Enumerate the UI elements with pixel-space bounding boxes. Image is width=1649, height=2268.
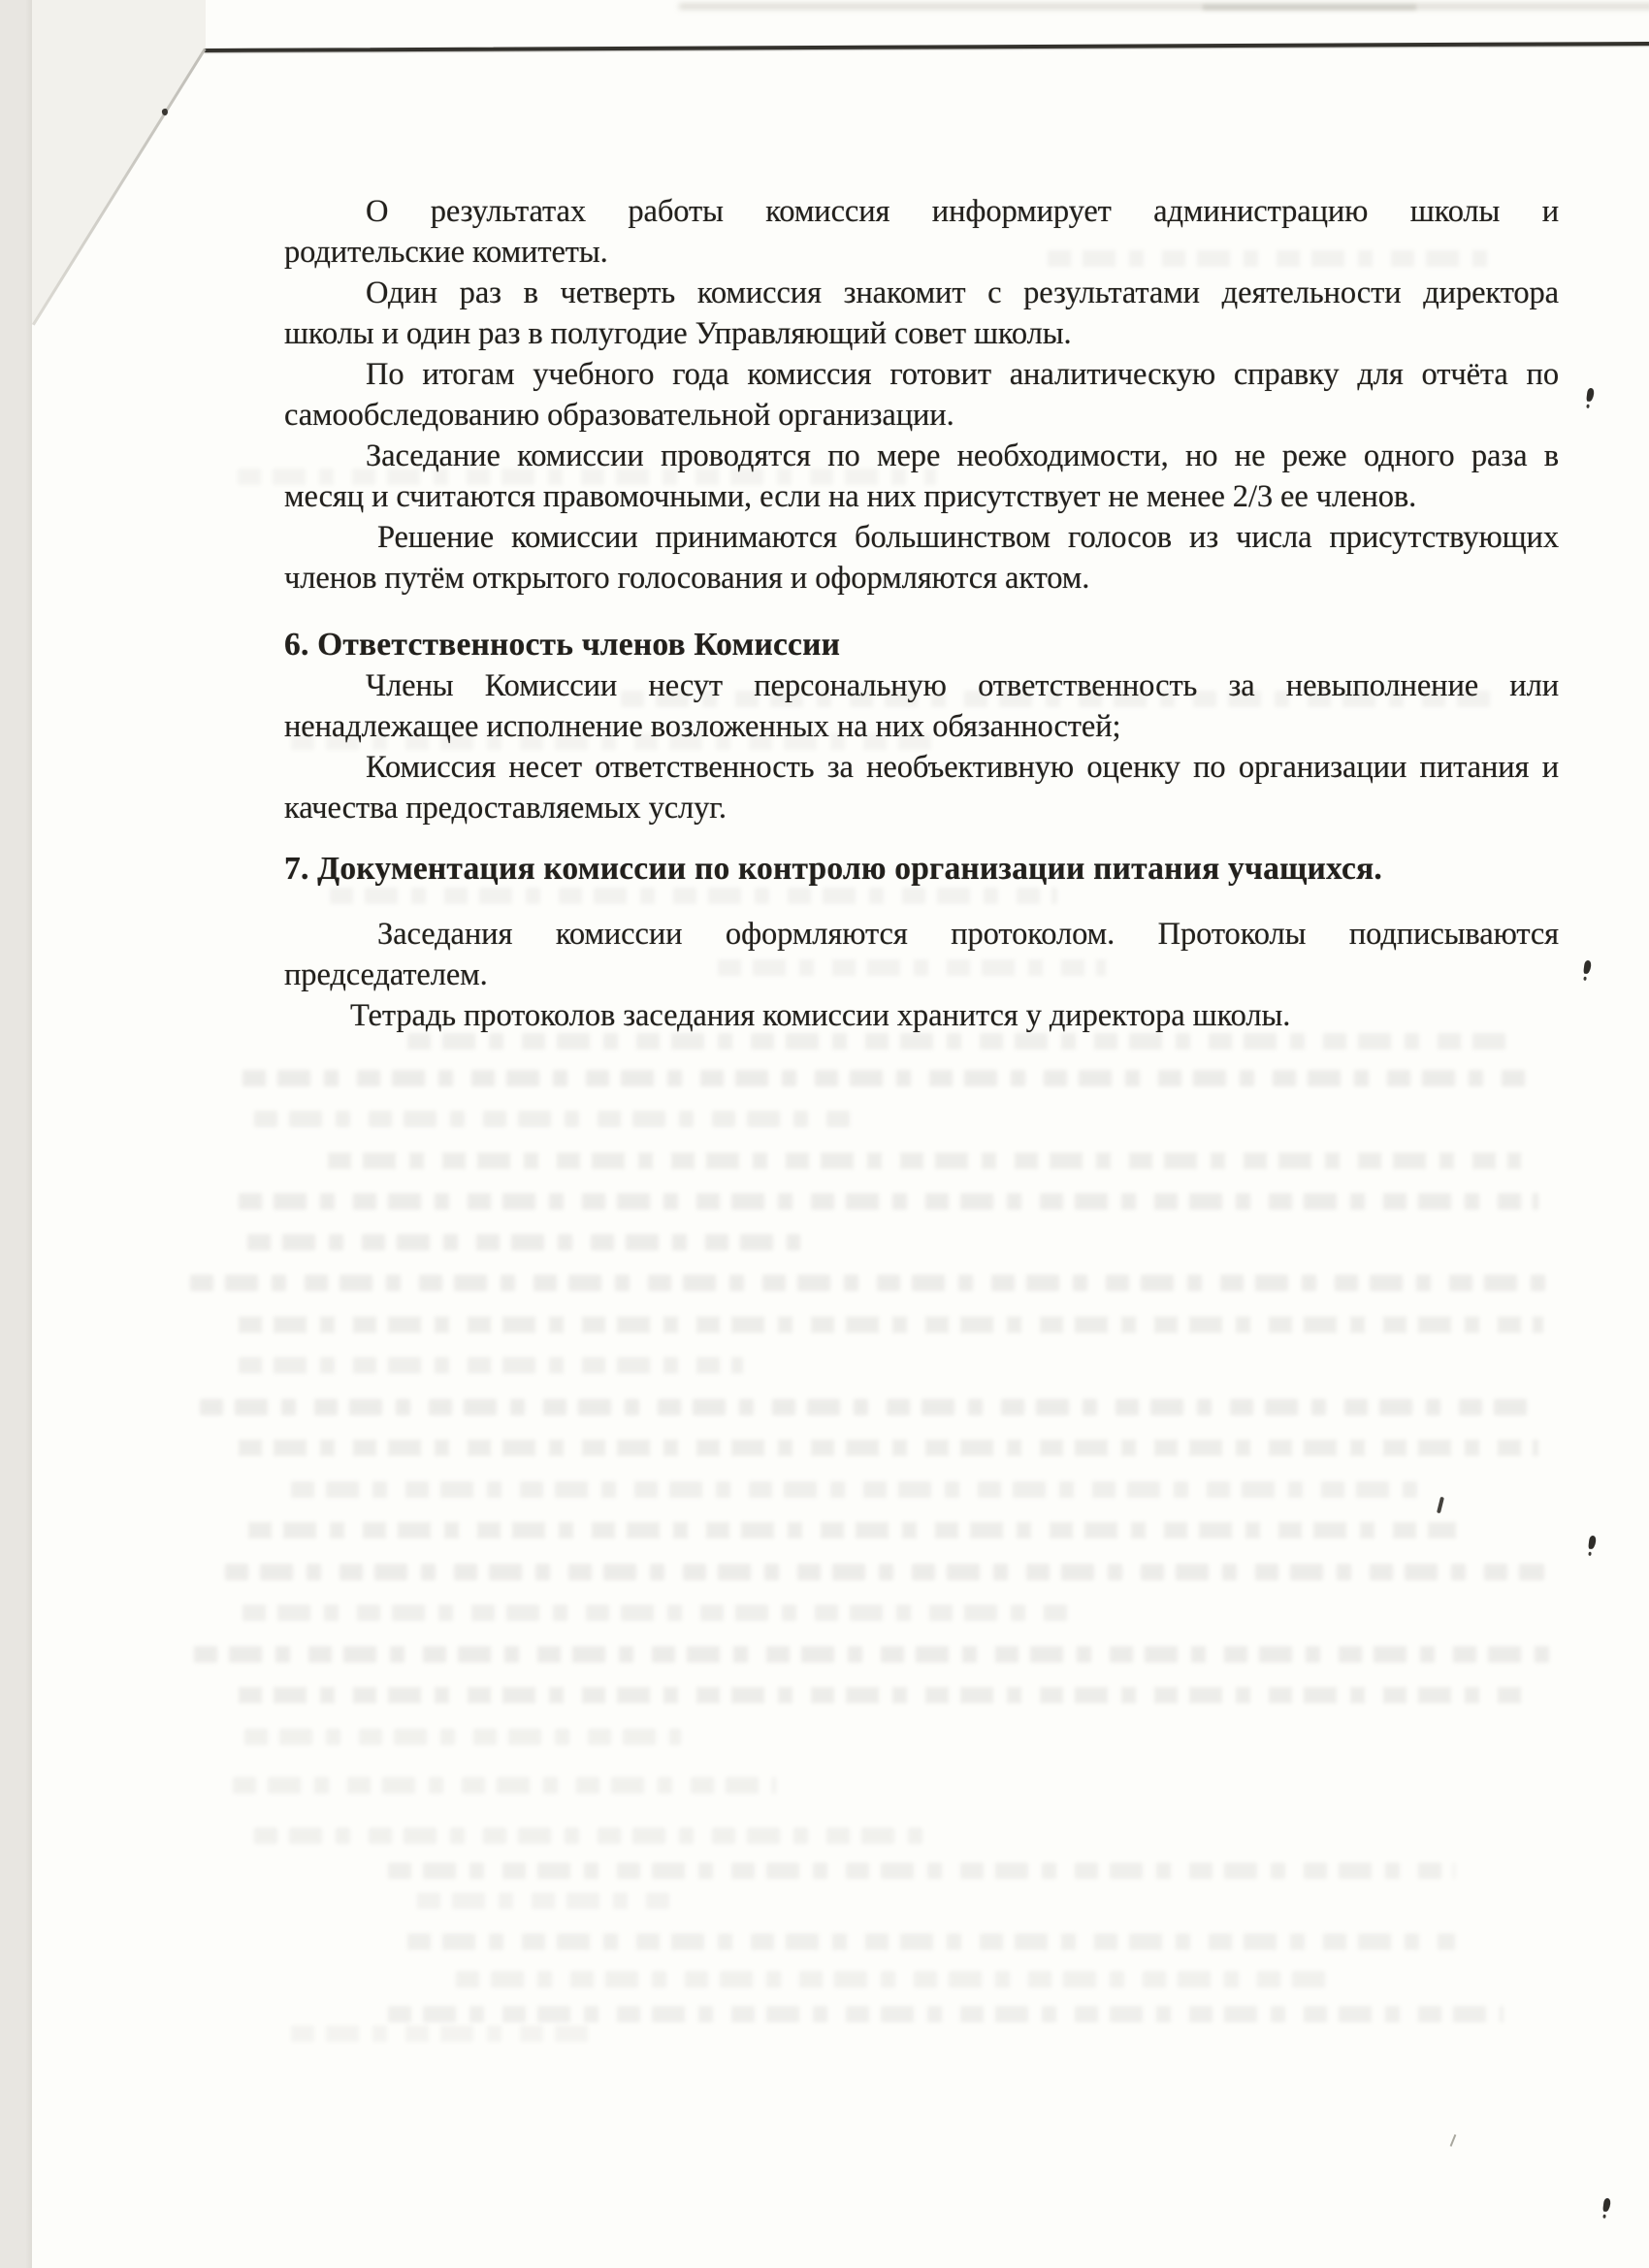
ink-fleck-mark (1437, 1497, 1444, 1513)
ink-comma-mark (1586, 388, 1595, 403)
ink-slash-mark (1450, 2134, 1457, 2147)
ink-comma-mark (1602, 2198, 1611, 2213)
ink-speck-mark (161, 108, 169, 115)
ink-comma-mark (1588, 1536, 1597, 1550)
ink-comma-mark (1583, 960, 1592, 975)
ink-marks-layer (0, 0, 1649, 2268)
scanned-document-page: О результатах работы комиссия информируе… (0, 0, 1649, 2268)
